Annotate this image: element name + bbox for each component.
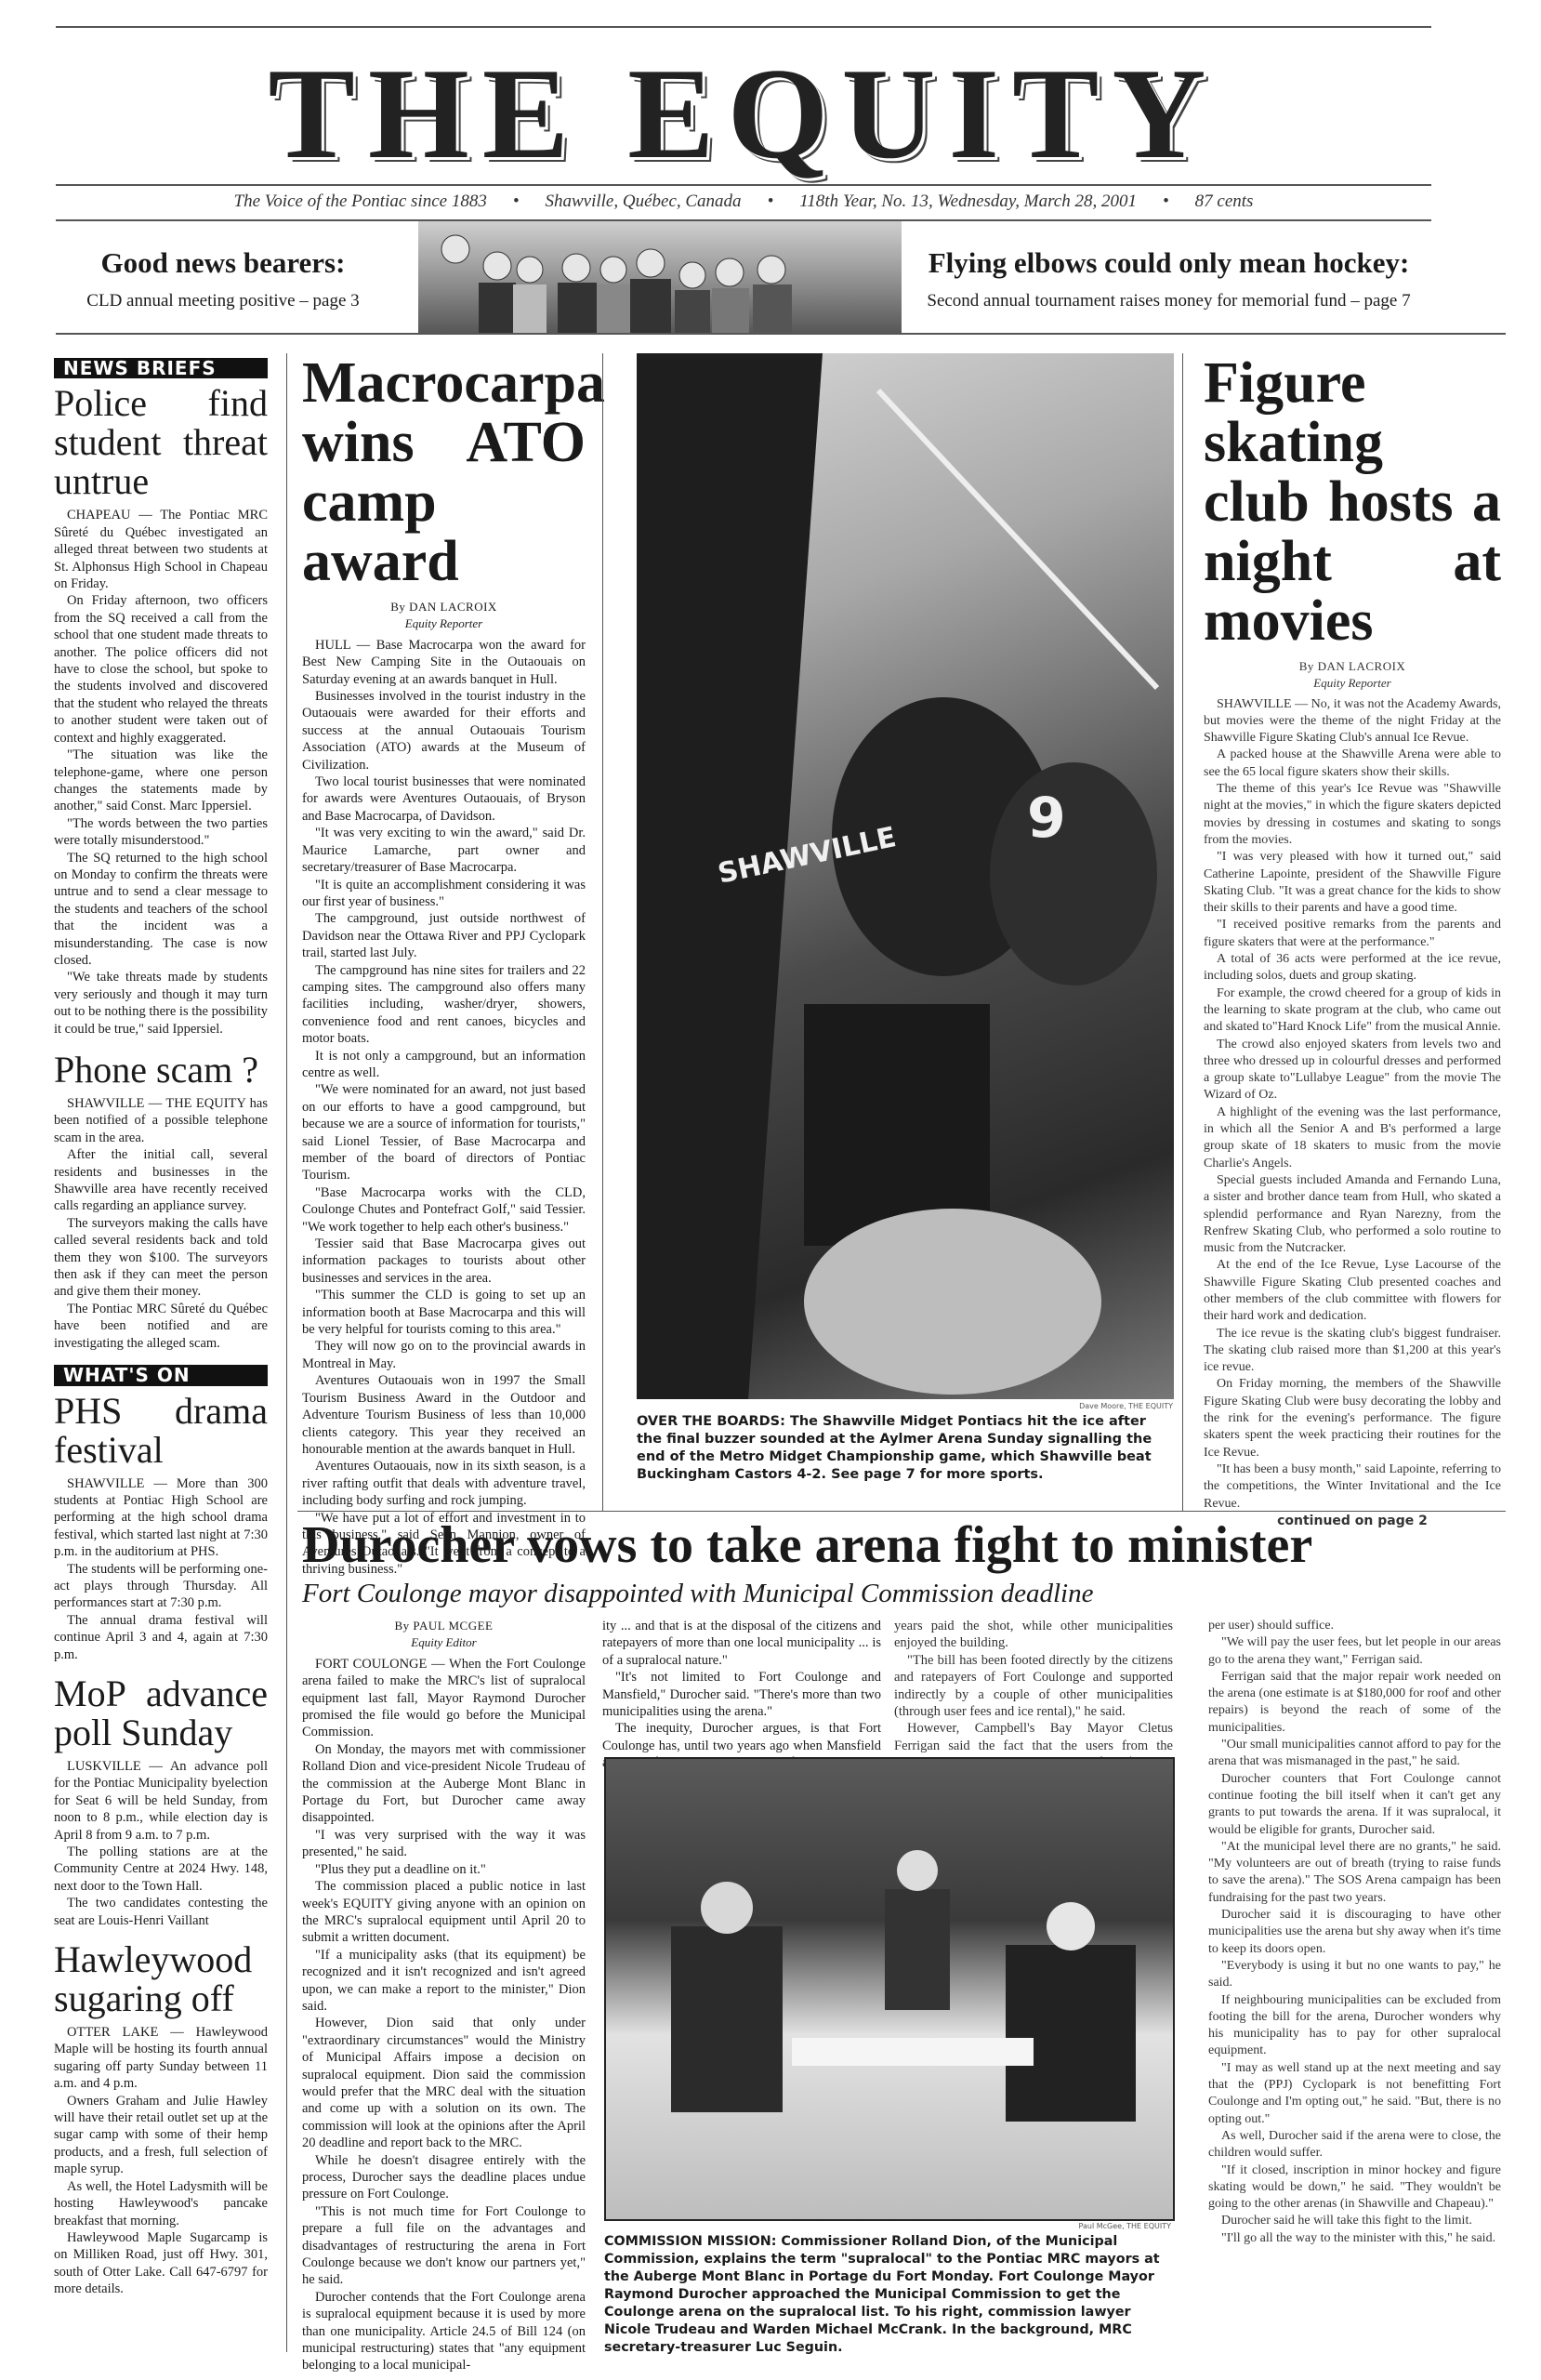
price: 87 cents (1195, 192, 1254, 211)
durocher-headline: Durocher vows to take arena fight to min… (302, 1515, 1510, 1575)
durocher-column-2: ity ... and that is at the disposal of t… (602, 1618, 881, 1772)
article-paragraph: SHAWVILLE — No, it was not the Academy A… (1204, 696, 1501, 747)
article-paragraph: On Friday morning, the members of the Sh… (1204, 1376, 1501, 1461)
brief-paragraph: SHAWVILLE — THE EQUITY has been notified… (54, 1095, 268, 1146)
article-paragraph: years paid the shot, while other municip… (894, 1618, 1173, 1652)
article-paragraph: "I'll go all the way to the minister wit… (1208, 2230, 1501, 2247)
photo-credit: Dave Moore, THE EQUITY (836, 1402, 1173, 1410)
brief-paragraph: "The words between the two parties were … (54, 815, 268, 850)
photo-credit: Paul McGee, THE EQUITY (836, 2222, 1171, 2230)
teaser-title: Good news bearers: (56, 246, 390, 280)
article-paragraph: Special guests included Amanda and Ferna… (1204, 1172, 1501, 1257)
durocher-column-3: years paid the shot, while other municip… (894, 1618, 1173, 1772)
article-paragraph: The campground has nine sites for traile… (302, 962, 586, 1048)
article-paragraph: "It's not limited to Fort Coulonge and M… (602, 1669, 881, 1720)
article-paragraph: They will now go on to the provincial aw… (302, 1338, 586, 1372)
byline: By PAUL MCGEE (302, 1618, 586, 1634)
bullet: • (768, 192, 774, 211)
byline-role: Equity Reporter (302, 615, 586, 632)
teaser-group-photo (418, 221, 902, 335)
article-paragraph: Businesses involved in the tourist indus… (302, 688, 586, 773)
article-paragraph: A packed house at the Shawville Arena we… (1204, 747, 1501, 781)
brief-headline: Phone scam ? (54, 1051, 268, 1090)
durocher-column-4: per user) should suffice. "We will pay t… (1208, 1618, 1501, 2247)
motto: The Voice of the Pontiac since 1883 (234, 192, 487, 211)
article-paragraph: Durocher contends that the Fort Coulonge… (302, 2289, 586, 2374)
teaser-rule (56, 333, 1506, 335)
article-paragraph: ity ... and that is at the disposal of t… (602, 1618, 881, 1669)
brief-paragraph: The annual drama festival will continue … (54, 1612, 268, 1663)
column-divider (602, 353, 603, 1511)
article-paragraph: "Base Macrocarpa works with the CLD, Cou… (302, 1184, 586, 1236)
article-paragraph: On Monday, the mayors met with commissio… (302, 1741, 586, 1827)
article-paragraph: Durocher counters that Fort Coulonge can… (1208, 1771, 1501, 1839)
article-paragraph: "It has been a busy month," said Lapoint… (1204, 1461, 1501, 1513)
brief-paragraph: As well, the Hotel Ladysmith will be hos… (54, 2178, 268, 2229)
article-paragraph: "We will pay the user fees, but let peop… (1208, 1634, 1501, 1669)
bullet: • (1163, 192, 1169, 211)
article-paragraph: Aventures Outaouais won in 1997 the Smal… (302, 1372, 586, 1458)
article-paragraph: For example, the crowd cheered for a gro… (1204, 985, 1501, 1037)
article-paragraph: As well, Durocher said if the arena were… (1208, 2128, 1501, 2162)
article-paragraph: A highlight of the evening was the last … (1204, 1104, 1501, 1172)
brief-paragraph: OTTER LAKE — Hawleywood Maple will be ho… (54, 2024, 268, 2093)
section-rule (297, 1511, 1506, 1512)
news-briefs-column: NEWS BRIEFS Police find student threat u… (54, 358, 268, 2298)
photo-caption: COMMISSION MISSION: Commissioner Rolland… (604, 2233, 1173, 2357)
brief-paragraph: Owners Graham and Julie Hawley will have… (54, 2093, 268, 2178)
brief-paragraph: LUSKVILLE — An advance poll for the Pont… (54, 1758, 268, 1844)
brief-paragraph: "The situation was like the telephone-ga… (54, 747, 268, 815)
article-paragraph: The ice revue is the skating club's bigg… (1204, 1326, 1501, 1377)
article-paragraph: "I may as well stand up at the next meet… (1208, 2060, 1501, 2128)
column-divider (1182, 353, 1183, 1511)
teaser-title: Flying elbows could only mean hockey: (906, 246, 1431, 280)
brief-headline: Police find student threat untrue (54, 384, 268, 501)
article-paragraph: Durocher said it is discouraging to have… (1208, 1907, 1501, 1958)
teaser-subtitle: CLD annual meeting positive – page 3 (56, 291, 390, 311)
article-paragraph: "Plus they put a deadline on it." (302, 1861, 586, 1878)
byline-role: Equity Reporter (1204, 675, 1501, 692)
article-paragraph: Ferrigan said that the major repair work… (1208, 1669, 1501, 1737)
brief-paragraph: The two candidates contesting the seat a… (54, 1895, 268, 1929)
brief-paragraph: The students will be performing one-act … (54, 1561, 268, 1612)
article-paragraph: "We were nominated for an award, not jus… (302, 1081, 586, 1183)
photo-caption: OVER THE BOARDS: The Shawville Midget Po… (637, 1413, 1174, 1484)
macrocarpa-article: Macrocarpa wins ATO camp award By DAN LA… (302, 353, 586, 1578)
masthead-title: THE EQUITY (56, 45, 1431, 184)
masthead-rule-upper (56, 184, 1431, 186)
article-paragraph: "The bill has been footed directly by th… (894, 1652, 1173, 1721)
top-rule (56, 26, 1431, 28)
brief-headline: PHS drama festival (54, 1392, 268, 1470)
teaser-right[interactable]: Flying elbows could only mean hockey: Se… (906, 246, 1431, 311)
brief-paragraph: SHAWVILLE — More than 300 students at Po… (54, 1475, 268, 1561)
brief-paragraph: The surveyors making the calls have call… (54, 1215, 268, 1301)
column-divider (286, 353, 287, 2352)
hockey-photo: SHAWVILLE 9 (637, 353, 1174, 1399)
article-paragraph: "If a municipality asks (that its equipm… (302, 1947, 586, 2016)
article-paragraph: The crowd also enjoyed skaters from leve… (1204, 1037, 1501, 1104)
article-paragraph: The theme of this year's Ice Revue was "… (1204, 781, 1501, 849)
durocher-column-1: By PAUL MCGEE Equity Editor FORT COULONG… (302, 1618, 586, 2374)
article-paragraph: "This summer the CLD is going to set up … (302, 1287, 586, 1338)
issue-info: 118th Year, No. 13, Wednesday, March 28,… (799, 192, 1137, 211)
bullet: • (513, 192, 520, 211)
teaser-subtitle: Second annual tournament raises money fo… (906, 291, 1431, 311)
byline-role: Equity Editor (302, 1634, 586, 1651)
article-paragraph: The commission placed a public notice in… (302, 1878, 586, 1947)
article-paragraph: Durocher said he will take this fight to… (1208, 2213, 1501, 2229)
article-paragraph: At the end of the Ice Revue, Lyse Lacour… (1204, 1257, 1501, 1325)
brief-paragraph: "We take threats made by students very s… (54, 969, 268, 1038)
masthead-tagline: The Voice of the Pontiac since 1883•Shaw… (56, 192, 1431, 212)
brief-paragraph: CHAPEAU — The Pontiac MRC Sûreté du Québ… (54, 507, 268, 592)
article-headline: Macrocarpa wins ATO camp award (302, 353, 586, 591)
article-paragraph: HULL — Base Macrocarpa won the award for… (302, 637, 586, 688)
article-paragraph: "I was very pleased with how it turned o… (1204, 849, 1501, 917)
commission-photo (604, 1757, 1175, 2221)
article-paragraph: "Everybody is using it but no one wants … (1208, 1958, 1501, 1992)
article-paragraph: The campground, just outside northwest o… (302, 910, 586, 961)
article-headline: Figure skating club hosts a night at mov… (1204, 353, 1501, 651)
byline: By DAN LACROIX (1204, 658, 1501, 675)
article-paragraph: "It was very exciting to win the award,"… (302, 825, 586, 876)
brief-paragraph: The polling stations are at the Communit… (54, 1844, 268, 1895)
article-paragraph: "At the municipal level there are no gra… (1208, 1839, 1501, 1907)
article-paragraph: It is not only a campground, but an info… (302, 1048, 586, 1082)
article-paragraph: Aventures Outaouais, now in its sixth se… (302, 1458, 586, 1509)
brief-paragraph: After the initial call, several resident… (54, 1146, 268, 1215)
article-paragraph: "Our small municipalities cannot afford … (1208, 1737, 1501, 1771)
brief-paragraph: The SQ returned to the high school on Mo… (54, 850, 268, 970)
byline: By DAN LACROIX (302, 599, 586, 615)
article-paragraph: Tessier said that Base Macrocarpa gives … (302, 1236, 586, 1287)
article-paragraph: If neighbouring municipalities can be ex… (1208, 1992, 1501, 2060)
article-paragraph: While he doesn't disagree entirely with … (302, 2152, 586, 2203)
article-paragraph: "It is quite an accomplishment consideri… (302, 877, 586, 911)
article-paragraph: A total of 36 acts were performed at the… (1204, 951, 1501, 985)
jersey-number: 9 (1027, 786, 1066, 851)
figure-skating-article: Figure skating club hosts a night at mov… (1204, 353, 1501, 1529)
article-paragraph: FORT COULONGE — When the Fort Coulonge a… (302, 1656, 586, 1741)
article-paragraph: per user) should suffice. (1208, 1618, 1501, 1634)
article-paragraph: "I received positive remarks from the pa… (1204, 917, 1501, 951)
article-paragraph: "If it closed, inscription in minor hock… (1208, 2162, 1501, 2214)
article-paragraph: However, Dion said that only under "extr… (302, 2015, 586, 2151)
brief-paragraph: Hawleywood Maple Sugarcamp is on Millike… (54, 2229, 268, 2298)
teaser-left[interactable]: Good news bearers: CLD annual meeting po… (56, 246, 390, 311)
brief-paragraph: On Friday afternoon, two officers from t… (54, 592, 268, 747)
news-briefs-kicker: NEWS BRIEFS (54, 358, 268, 378)
article-paragraph: Two local tourist businesses that were n… (302, 773, 586, 825)
group-people-icon (418, 221, 902, 335)
location: Shawville, Québec, Canada (545, 192, 741, 211)
brief-headline: MoP advance poll Sunday (54, 1674, 268, 1752)
hockey-players-illustration: SHAWVILLE 9 (637, 353, 1174, 1399)
brief-paragraph: The Pontiac MRC Sûreté du Québec have be… (54, 1301, 268, 1352)
durocher-deck: Fort Coulonge mayor disappointed with Mu… (302, 1579, 1510, 1609)
whats-on-kicker: WHAT'S ON (54, 1365, 268, 1385)
meeting-people-illustration (606, 1759, 1173, 2219)
article-paragraph: "This is not much time for Fort Coulonge… (302, 2203, 586, 2289)
article-paragraph: "I was very surprised with the way it wa… (302, 1827, 586, 1861)
brief-headline: Hawleywood sugaring off (54, 1940, 268, 2018)
